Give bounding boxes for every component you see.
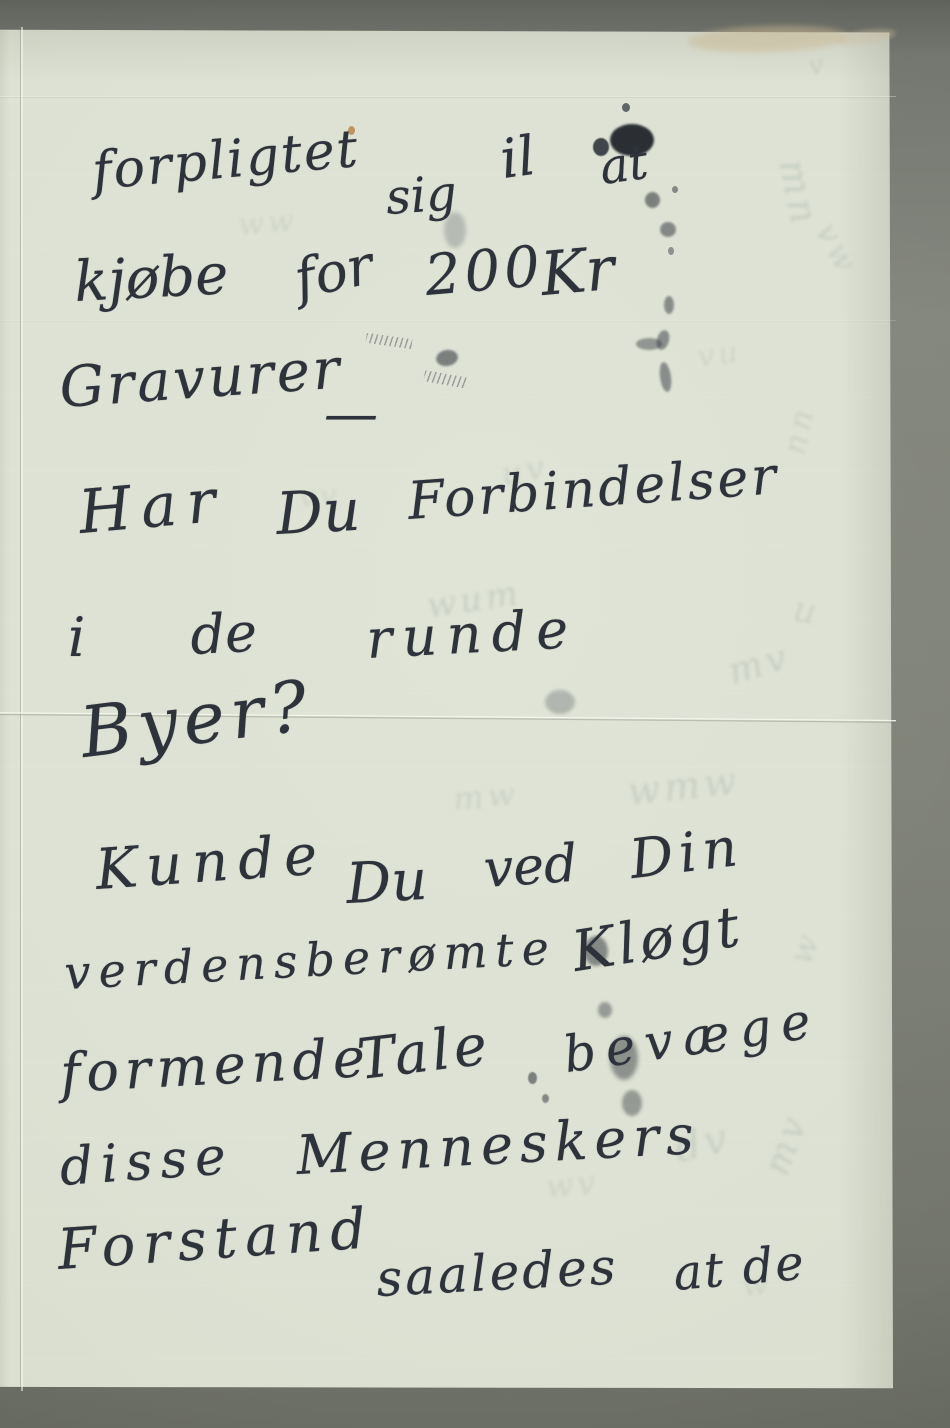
letter-page	[0, 27, 893, 1391]
scan-background: mnvwvwwwumuvvvmwmvwmwunndvmvwwvvuw forpl…	[0, 0, 950, 1428]
